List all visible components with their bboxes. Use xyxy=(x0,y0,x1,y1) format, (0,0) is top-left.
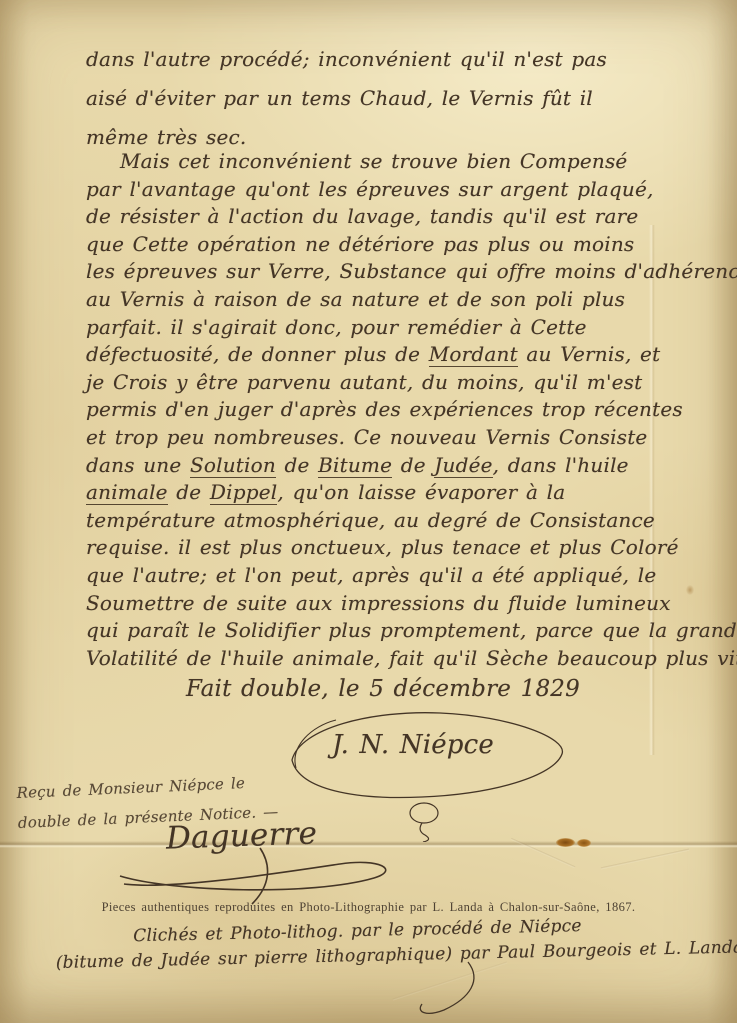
underlined-word: Bitume xyxy=(318,453,392,478)
photolithography-note: Clichés et Photo-lithog. par le procédé … xyxy=(55,910,737,976)
scanned-letter-page: dans l'autre procédé; inconvénient qu'il… xyxy=(0,0,737,1023)
letter-line: requise. il est plus onctueux, plus tena… xyxy=(86,534,734,562)
letter-line: dans l'autre procédé; inconvénient qu'il… xyxy=(86,40,726,79)
letter-paragraph-2: Mais cet inconvénient se trouve bien Com… xyxy=(86,148,734,672)
letter-line: les épreuves sur Verre, Substance qui of… xyxy=(86,258,734,286)
letter-line: Mais cet inconvénient se trouve bien Com… xyxy=(86,148,734,176)
letter-line: dans une Solution de Bitume de Judée, da… xyxy=(86,452,734,480)
letter-line: Volatilité de l'huile animale, fait qu'i… xyxy=(86,645,734,673)
daguerre-signature: Daguerre xyxy=(165,815,317,856)
letter-line: parfait. il s'agirait donc, pour remédie… xyxy=(86,314,734,342)
letter-line: température atmosphérique, au degré de C… xyxy=(86,507,734,535)
niepce-signature: J. N. Niépce xyxy=(332,730,494,760)
letter-line: je Crois y être parvenu autant, du moins… xyxy=(86,369,734,397)
letter-line: et trop peu nombreuses. Ce nouveau Verni… xyxy=(86,424,734,452)
underlined-word: Mordant xyxy=(429,342,518,367)
niepce-signature-flourish xyxy=(272,702,572,842)
letter-paragraph-1: dans l'autre procédé; inconvénient qu'il… xyxy=(86,40,726,157)
letter-line: animale de Dippel, qu'on laisse évaporer… xyxy=(86,479,734,507)
letter-line: que Cette opération ne détériore pas plu… xyxy=(86,231,734,259)
letter-line: aisé d'éviter par un tems Chaud, le Vern… xyxy=(86,79,726,118)
letter-line: de résister à l'action du lavage, tandis… xyxy=(86,203,734,231)
daguerre-signature-flourish xyxy=(112,846,412,908)
underlined-word: Dippel xyxy=(210,480,277,505)
letter-line: défectuosité, de donner plus de Mordant … xyxy=(86,341,734,369)
underlined-word: Judée xyxy=(434,453,492,478)
underlined-word: animale xyxy=(86,480,168,505)
letter-line: Soumettre de suite aux impressions du fl… xyxy=(86,590,734,618)
rust-stain-spot xyxy=(577,839,591,847)
letter-line: au Vernis à raison de sa nature et de so… xyxy=(86,286,734,314)
letter-line: qui paraît le Solidifier plus promptemen… xyxy=(86,617,734,645)
paper-wrinkle xyxy=(601,849,689,870)
letter-line: que l'autre; et l'on peut, après qu'il a… xyxy=(86,562,734,590)
letter-line: permis d'en juger d'après des expérience… xyxy=(86,396,734,424)
underlined-word: Solution xyxy=(190,453,276,478)
parenthesis-tail-flourish xyxy=(408,960,498,1018)
letter-line: par l'avantage qu'ont les épreuves sur a… xyxy=(86,176,734,204)
letter-dateline: Fait double, le 5 décembre 1829 xyxy=(186,676,580,702)
